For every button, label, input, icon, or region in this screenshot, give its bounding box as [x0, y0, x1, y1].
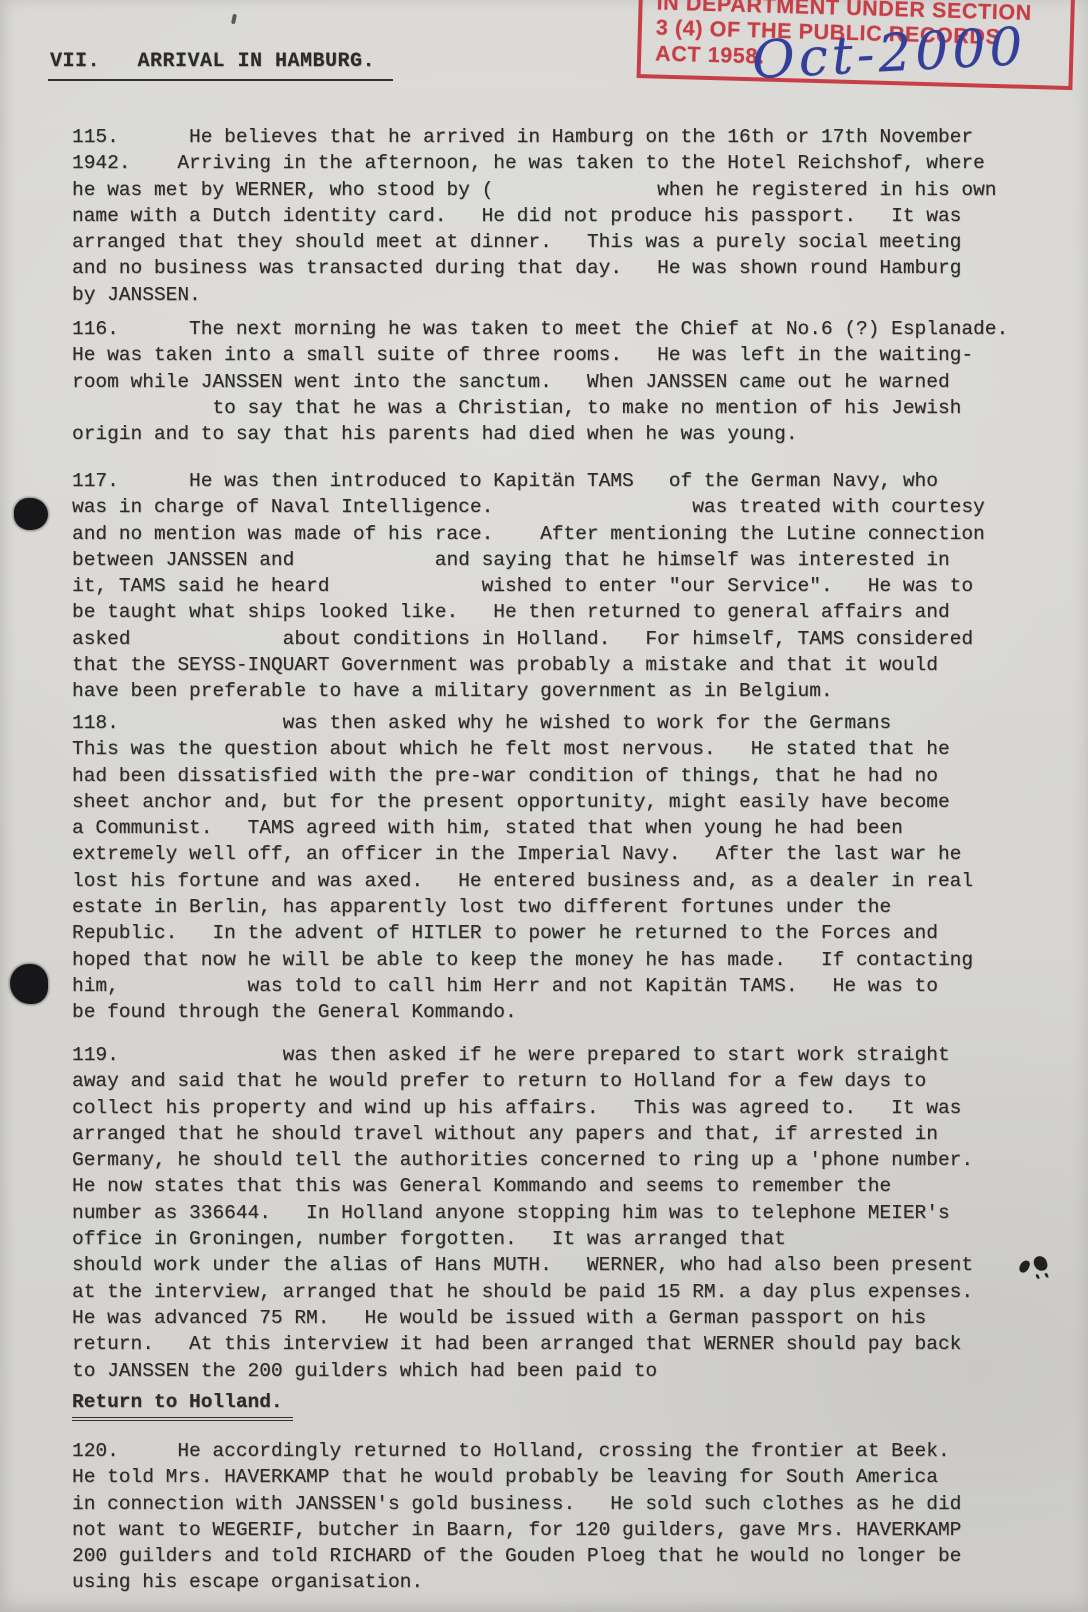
paper-speck: [231, 14, 237, 25]
paragraph-118: 118. was then asked why he wished to wor…: [72, 710, 973, 1026]
handwritten-date: Oct-2000: [751, 21, 1028, 87]
paragraph-117: 117. He was then introduced to Kapitän T…: [72, 468, 985, 705]
paragraph-120: 120. He accordingly returned to Holland,…: [72, 1438, 961, 1596]
paragraph-116: 116. The next morning he was taken to me…: [72, 316, 1008, 447]
paragraph-119: 119. was then asked if he were prepared …: [72, 1042, 973, 1384]
subheading-return-to-holland: Return to Holland.: [72, 1390, 293, 1421]
ink-smudge: [1016, 1252, 1056, 1282]
section-heading: VII. ARRIVAL IN HAMBURG.: [48, 50, 393, 81]
punch-hole-bottom: [10, 964, 48, 1004]
punch-hole-top: [14, 498, 48, 530]
document-page: DOCUMENT RETAINED IN DEPARTMENT UNDER SE…: [0, 0, 1088, 1612]
paragraph-115: 115. He believes that he arrived in Hamb…: [72, 124, 996, 308]
